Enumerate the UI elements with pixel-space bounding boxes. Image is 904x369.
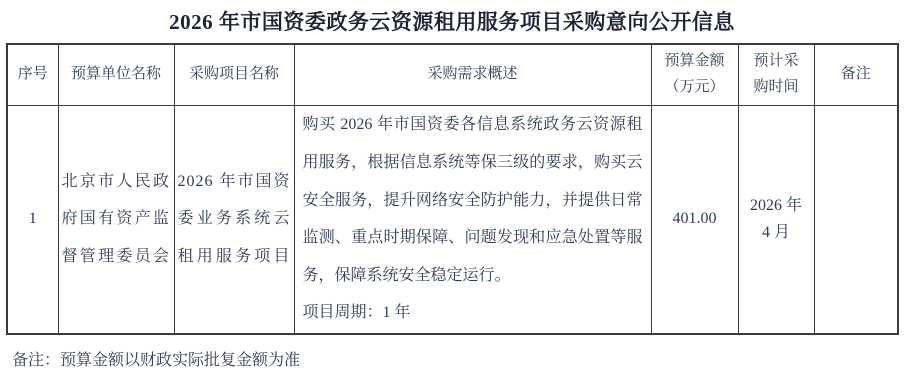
table-header-row: 序号 预算单位名称 采购项目名称 采购需求概述 预算金额 （万元） 预计采 购时… [7, 44, 898, 105]
col-header-seq: 序号 [7, 44, 58, 105]
col-header-project-name: 采购项目名称 [174, 44, 294, 105]
cell-demand-summary: 购买 2026 年市国资委各信息系统政务云资源租用服务，根据信息系统等保三级的要… [294, 105, 651, 334]
col-header-budget-unit: 预算单位名称 [58, 44, 174, 105]
cell-planned-time: 2026 年 4 月 [738, 105, 814, 334]
table-row: 1 北京市人民政府国有资产监督管理委员会 2026 年市国资委业务系统云租用服务… [7, 105, 898, 334]
col-header-budget-amount: 预算金额 （万元） [651, 44, 738, 105]
procurement-table: 序号 预算单位名称 采购项目名称 采购需求概述 预算金额 （万元） 预计采 购时… [6, 43, 899, 335]
col-header-planned-time: 预计采 购时间 [738, 44, 814, 105]
cell-budget-amount: 401.00 [651, 105, 738, 334]
cell-project-name: 2026 年市国资委业务系统云租用服务项目 [174, 105, 294, 334]
project-period-text: 项目周期：1 年 [303, 294, 643, 332]
demand-summary-text: 购买 2026 年市国资委各信息系统政务云资源租用服务，根据信息系统等保三级的要… [303, 106, 643, 294]
cell-remark [814, 105, 898, 334]
col-header-demand-summary: 采购需求概述 [294, 44, 651, 105]
col-header-remark: 备注 [814, 44, 898, 105]
page-title: 2026 年市国资委政务云资源租用服务项目采购意向公开信息 [0, 6, 904, 36]
footnote: 备注：预算金额以财政实际批复金额为准 [12, 347, 904, 369]
cell-budget-unit: 北京市人民政府国有资产监督管理委员会 [58, 105, 174, 334]
cell-seq: 1 [7, 105, 58, 334]
